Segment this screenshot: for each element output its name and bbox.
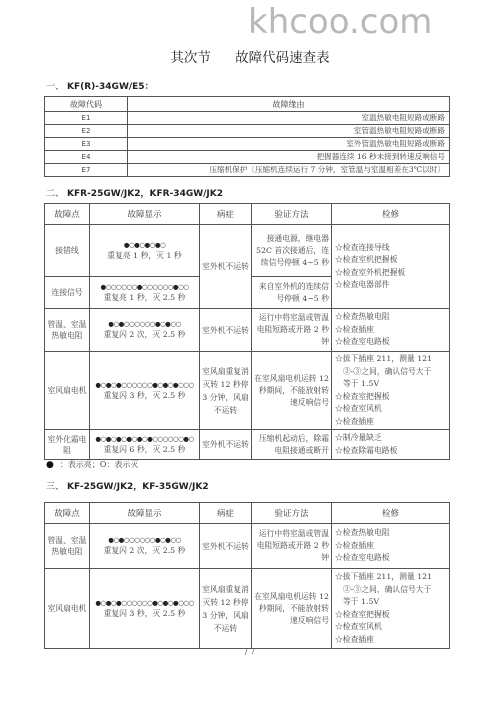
repair-item: ☆检查连接导线 bbox=[335, 242, 447, 255]
repair-item: ☆检查室电路板 bbox=[335, 552, 447, 565]
led-pattern: ●○●○●○○○○○○●○●○●○○○ bbox=[92, 599, 197, 608]
verify-method: 在室风扇电机运转 12 秒期间，不能放射转速反响信号 bbox=[252, 352, 332, 430]
fault-display: ●○●○○○○○○●○●○○ 重复闪 2 次，灭 2.5 秒 bbox=[90, 524, 200, 569]
repair-list: ☆检查连接导线 ☆检查室机把握板 ☆检查室外机把握板 ☆检查电器部件 bbox=[332, 225, 450, 309]
table-row: E3 室外管温热敏电阻短路或断路 bbox=[45, 138, 450, 151]
section1-heading: 一、KF(R)-34GW/E5： bbox=[46, 79, 154, 92]
display-text: 重复闪 3 秒，灭 2.5 秒 bbox=[92, 390, 197, 401]
display-text: 重复闪 2 次，灭 2.5 秒 bbox=[92, 545, 197, 556]
header-reason: 故障缘由 bbox=[128, 97, 450, 112]
header-display: 故障显示 bbox=[90, 204, 200, 225]
table-row: 室风扇电机 ●○●○●○○○○○○●○●○●○○○ 重复闪 3 秒，灭 2.5 … bbox=[45, 352, 450, 430]
section2-prefix: 二、 bbox=[46, 189, 64, 199]
fault-point: 接错线 bbox=[45, 225, 90, 277]
error-code: E3 bbox=[45, 138, 128, 151]
symptom: 室外机不运转 bbox=[200, 430, 252, 460]
repair-item: ☆检查插座 bbox=[335, 634, 447, 647]
fault-point: 连接信号 bbox=[45, 277, 90, 309]
error-reason: 把握器连续 16 秒未接到转速反响信号 bbox=[128, 151, 450, 164]
page-number: / 7 bbox=[0, 647, 500, 656]
title-name: 故障代码速查表 bbox=[235, 50, 330, 66]
section3-model: KF-25GW/JK2，KF-35GW/JK2 bbox=[67, 482, 209, 492]
header-verify: 验证方法 bbox=[252, 204, 332, 225]
repair-item: ☆检查插座 bbox=[335, 540, 447, 553]
repair-item: ②-③之间，确认信号大于 bbox=[335, 366, 447, 379]
repair-item: ②-③之间，确认信号大于 bbox=[335, 584, 447, 597]
repair-list: ☆制冷量缺乏 ☆检查除霜电路板 bbox=[332, 430, 450, 460]
fault-display: ●○●○●○●○ 重复亮 1 秒，灭 1 秒 bbox=[90, 225, 200, 277]
fault-table-jk2: 故障点 故障显示 病症 验证方法 检修 接错线 ●○●○●○●○ 重复亮 1 秒… bbox=[44, 203, 450, 460]
header-symptom: 病症 bbox=[200, 204, 252, 225]
watermark: khcoo.com bbox=[248, 2, 432, 42]
table-row: 室风扇电机 ●○●○●○○○○○○●○●○●○○○ 重复闪 3 秒，灭 2.5 … bbox=[45, 569, 450, 649]
fault-point: 室风扇电机 bbox=[45, 569, 90, 649]
repair-list: ☆检查热敏电阻 ☆检查插座 ☆检查室电路板 bbox=[332, 524, 450, 569]
section3-prefix: 三、 bbox=[46, 482, 64, 492]
led-pattern: ●○●○●○○○○○○●○●○●○○○ bbox=[92, 381, 197, 390]
repair-item: ☆检查插座 bbox=[335, 416, 447, 429]
header-symptom: 病症 bbox=[200, 503, 252, 524]
fault-display: ●○●○●○○○○○○●○●○●○○○ 重复闪 3 秒，灭 2.5 秒 bbox=[90, 569, 200, 649]
header-repair: 检修 bbox=[332, 503, 450, 524]
section1-prefix: 一、 bbox=[46, 82, 64, 92]
led-pattern: ●○○○○○○●○○○○○○●○○ bbox=[92, 283, 197, 292]
repair-item: ☆检查热敏电阻 bbox=[335, 311, 447, 324]
table-row: 接错线 ●○●○●○●○ 重复亮 1 秒，灭 1 秒 室外机不运转 接通电源，继… bbox=[45, 225, 450, 277]
fault-point: 管温、室温热敏电阻 bbox=[45, 524, 90, 569]
table-header-row: 故障点 故障显示 病症 验证方法 检修 bbox=[45, 503, 450, 524]
repair-item: ☆检查热敏电阻 bbox=[335, 527, 447, 540]
header-verify: 验证方法 bbox=[252, 503, 332, 524]
repair-item: ☆检查室电路板 bbox=[335, 336, 447, 349]
repair-item: ☆检查插座 bbox=[335, 324, 447, 337]
legend-text: ：表示亮；O：表示灭 bbox=[60, 460, 139, 469]
display-text: 重复闪 3 秒，灭 2.5 秒 bbox=[92, 608, 197, 619]
header-repair: 检修 bbox=[332, 204, 450, 225]
table-row: E4 把握器连续 16 秒未接到转速反响信号 bbox=[45, 151, 450, 164]
verify-method: 接通电源，继电器 52C 首次接通后，连续信号停顿 4~5 秒 bbox=[252, 225, 332, 277]
error-code: E7 bbox=[45, 164, 128, 177]
display-text: 重复闪 2 次，灭 2.5 秒 bbox=[92, 329, 197, 340]
fault-display: ●○●○○○○○○●○●○○ 重复闪 2 次，灭 2.5 秒 bbox=[90, 309, 200, 352]
table-row: E1 室温热敏电阻短路或断路 bbox=[45, 112, 450, 125]
repair-item: ☆拔下插座 211，测量 121 bbox=[335, 353, 447, 366]
repair-item: ☆制冷量缺乏 bbox=[335, 432, 447, 445]
fault-display: ●○●○●○●○●○●○○○○○○●○ 重复闪 6 秒，灭 2.5 秒 bbox=[90, 430, 200, 460]
section2-heading: 二、KFR-25GW/JK2，KFR-34GW/JK2 bbox=[46, 186, 223, 199]
error-code-table: 故障代码 故障缘由 E1 室温热敏电阻短路或断路 E2 室管温热敏电阻短路或断路… bbox=[44, 96, 450, 177]
verify-method: 压缩机起动后，除霜电阻接通或断开 bbox=[252, 430, 332, 460]
error-reason: 室外管温热敏电阻短路或断路 bbox=[128, 138, 450, 151]
header-display: 故障显示 bbox=[90, 503, 200, 524]
repair-item: ☆检查室风机 bbox=[335, 403, 447, 416]
table-row: 室外化霜电阻 ●○●○●○●○●○●○○○○○○●○ 重复闪 6 秒，灭 2.5… bbox=[45, 430, 450, 460]
verify-method: 来自室外机的连续信号停顿 4~5 秒 bbox=[252, 277, 332, 309]
header-code: 故障代码 bbox=[45, 97, 128, 112]
header-point: 故障点 bbox=[45, 503, 90, 524]
led-pattern: ●○●○○○○○○●○●○○ bbox=[92, 536, 197, 545]
table-row: 管温、室温热敏电阻 ●○●○○○○○○●○●○○ 重复闪 2 次，灭 2.5 秒… bbox=[45, 309, 450, 352]
verify-method: 运行中将室温或管温电阻短路或开路 2 秒钟 bbox=[252, 309, 332, 352]
display-text: 重复亮 1 秒，灭 1 秒 bbox=[92, 250, 197, 261]
repair-item: 等于 1.5V bbox=[335, 596, 447, 609]
repair-item: ☆检查室机把握板 bbox=[335, 254, 447, 267]
display-text: 重复亮 1 秒，灭 2.5 秒 bbox=[92, 292, 197, 303]
table-row: E2 室管温热敏电阻短路或断路 bbox=[45, 125, 450, 138]
repair-item: ☆检查除霜电路板 bbox=[335, 445, 447, 458]
repair-item: ☆检查室风机 bbox=[335, 621, 447, 634]
fault-point: 室外化霜电阻 bbox=[45, 430, 90, 460]
repair-item: 等于 1.5V bbox=[335, 378, 447, 391]
display-text: 重复闪 6 秒，灭 2.5 秒 bbox=[92, 444, 197, 455]
repair-item: ☆检查室把握板 bbox=[335, 609, 447, 622]
led-pattern: ●○●○○○○○○●○●○○ bbox=[92, 320, 197, 329]
verify-method: 在室风扇电机运转 12 秒期间，不能放射转速反响信号 bbox=[252, 569, 332, 649]
symptom: 室风扇重复消灭转 12 秒停 3 分钟，风扇不运转 bbox=[200, 569, 252, 649]
symptom: 室风扇重复消灭转 12 秒停 3 分钟，风扇不运转 bbox=[200, 352, 252, 430]
repair-item: ☆拔下插座 211，测量 121 bbox=[335, 571, 447, 584]
section2-model: KFR-25GW/JK2，KFR-34GW/JK2 bbox=[67, 189, 223, 199]
repair-list: ☆拔下插座 211，测量 121 ②-③之间，确认信号大于 等于 1.5V ☆检… bbox=[332, 569, 450, 649]
title-section: 其次节 bbox=[170, 50, 211, 66]
error-reason: 室温热敏电阻短路或断路 bbox=[128, 112, 450, 125]
filled-dot-icon: ● bbox=[46, 460, 54, 470]
error-code: E4 bbox=[45, 151, 128, 164]
fault-point: 管温、室温热敏电阻 bbox=[45, 309, 90, 352]
led-pattern: ●○●○●○●○●○●○○○○○○●○ bbox=[92, 435, 197, 444]
table-row: 管温、室温热敏电阻 ●○●○○○○○○●○●○○ 重复闪 2 次，灭 2.5 秒… bbox=[45, 524, 450, 569]
symptom: 室外机不运转 bbox=[200, 309, 252, 352]
error-code: E2 bbox=[45, 125, 128, 138]
repair-list: ☆检查热敏电阻 ☆检查插座 ☆检查室电路板 bbox=[332, 309, 450, 352]
repair-item: ☆检查室外机把握板 bbox=[335, 267, 447, 280]
repair-item: ☆检查室把握板 bbox=[335, 391, 447, 404]
repair-item: ☆检查电器部件 bbox=[335, 279, 447, 292]
led-pattern: ●○●○●○●○ bbox=[92, 241, 197, 250]
table-header-row: 故障点 故障显示 病症 验证方法 检修 bbox=[45, 204, 450, 225]
fault-point: 室风扇电机 bbox=[45, 352, 90, 430]
fault-display: ●○●○●○○○○○○●○●○●○○○ 重复闪 3 秒，灭 2.5 秒 bbox=[90, 352, 200, 430]
table-header-row: 故障代码 故障缘由 bbox=[45, 97, 450, 112]
error-reason: 室管温热敏电阻短路或断路 bbox=[128, 125, 450, 138]
repair-list: ☆拔下插座 211，测量 121 ②-③之间，确认信号大于 等于 1.5V ☆检… bbox=[332, 352, 450, 430]
verify-method: 运行中将室温或管温电阻短路或开路 2 秒钟 bbox=[252, 524, 332, 569]
symptom: 室外机不运转 bbox=[200, 524, 252, 569]
table-row: E7 压缩机保护〔压缩机连续运行 7 分钟，室管温与室温相差在3℃以时〕 bbox=[45, 164, 450, 177]
header-point: 故障点 bbox=[45, 204, 90, 225]
section3-heading: 三、KF-25GW/JK2，KF-35GW/JK2 bbox=[46, 479, 209, 492]
error-reason: 压缩机保护〔压缩机连续运行 7 分钟，室管温与室温相差在3℃以时〕 bbox=[128, 164, 450, 177]
legend: ●：表示亮；O：表示灭 bbox=[46, 459, 138, 470]
error-code: E1 bbox=[45, 112, 128, 125]
fault-table-kf: 故障点 故障显示 病症 验证方法 检修 管温、室温热敏电阻 ●○●○○○○○○●… bbox=[44, 502, 450, 649]
fault-display: ●○○○○○○●○○○○○○●○○ 重复亮 1 秒，灭 2.5 秒 bbox=[90, 277, 200, 309]
page-title: 其次节 故障代码速查表 bbox=[0, 46, 500, 66]
symptom: 室外机不运转 bbox=[200, 225, 252, 309]
section1-model: KF(R)-34GW/E5： bbox=[67, 82, 154, 92]
